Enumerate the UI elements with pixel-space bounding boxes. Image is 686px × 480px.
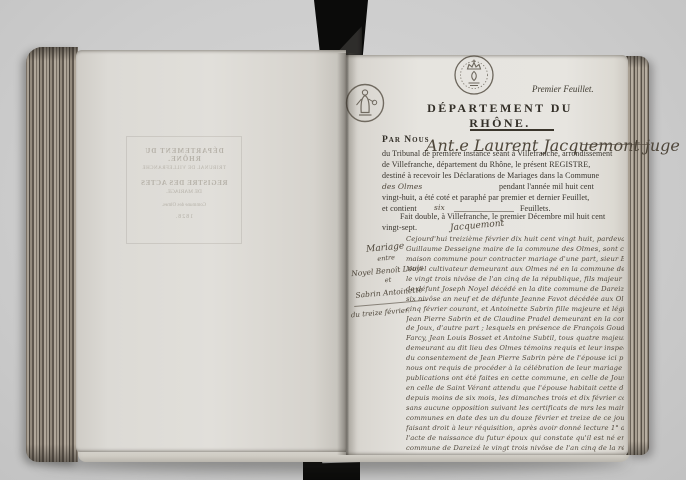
folio-count-manuscript: six bbox=[434, 203, 445, 212]
printed-line: vingt-sept. bbox=[382, 223, 417, 232]
left-fore-edge-stack bbox=[26, 47, 78, 462]
act-line: Noyel cultivateur demeurant aux Olmes né… bbox=[406, 265, 624, 275]
act-line: du consentement de Jean Pierre Sabrin pè… bbox=[406, 354, 624, 364]
blank-line-rule bbox=[582, 144, 650, 145]
page-title: DÉPARTEMENT DU RHÔNE. bbox=[394, 101, 606, 131]
show-through-line: REGISTRE DES ACTES bbox=[127, 179, 241, 187]
show-through-line: DÉPARTEMENT DU RHÔNE. bbox=[127, 147, 241, 163]
act-line: Jean Pierre Sabrin et de Claudine Pradel… bbox=[406, 315, 624, 325]
show-through-line: 1828. bbox=[127, 214, 241, 220]
par-nous-line: Par Nous Ant.e Laurent Jacquemont juge bbox=[382, 135, 622, 147]
printed-line: destiné à recevoir les Déclarations de M… bbox=[382, 171, 599, 180]
right-page: Premier Feuillet. DÉPARTEMENT DU RHÔNE. … bbox=[346, 55, 628, 455]
show-through-line: Commune des Olmes. bbox=[127, 203, 241, 208]
act-body: Cejourd'hui treizième février dix huit c… bbox=[406, 235, 624, 454]
act-line: le vingt trois nivôse de l'an cinq de la… bbox=[406, 275, 624, 285]
act-line: six nivôse an neuf et de défunte Jeanne … bbox=[406, 295, 624, 305]
commune-name-manuscript: des Olmes bbox=[382, 182, 422, 191]
act-line: sans aucune opposition suivant les certi… bbox=[406, 404, 624, 414]
gutter-shadow bbox=[337, 53, 357, 455]
par-nous-label: Par Nous bbox=[382, 135, 430, 145]
act-line: en celle de Saint Vérant attendu que l'é… bbox=[406, 384, 624, 394]
act-line: Farcy, Jean Louis Bosset et Antoine Subt… bbox=[406, 334, 624, 344]
printed-line: du Tribunal de première instance séant à… bbox=[382, 149, 612, 158]
act-line: Cejourd'hui treizième février dix huit c… bbox=[406, 235, 624, 245]
right-fore-edge-stack bbox=[626, 56, 649, 455]
act-line: cinq février courant, et Antoinette Sabr… bbox=[406, 305, 624, 315]
act-line: faisant droit à leur réquisition, après … bbox=[406, 424, 624, 434]
show-through-box: DÉPARTEMENT DU RHÔNE. TRIBUNAL DE VILLEF… bbox=[126, 136, 242, 244]
folio-note: Premier Feuillet. bbox=[532, 84, 622, 94]
closing-paragraph: Fait double, à Villefranche, le premier … bbox=[382, 212, 654, 236]
act-line: de Joux, d'autre part ; lesquels en prés… bbox=[406, 324, 624, 334]
act-line: publications ont été faites en cette com… bbox=[406, 374, 624, 384]
act-line: depuis moins de six mois, les dimanches … bbox=[406, 394, 624, 404]
printed-line: pendant l'année mil huit cent bbox=[499, 182, 594, 191]
act-line: commune de Dareizé le vingt trois nivôse… bbox=[406, 444, 624, 454]
act-line: l'acte de naissance du futur époux qui c… bbox=[406, 434, 624, 444]
act-line: demeurant au dit lieu des Olmes témoins … bbox=[406, 344, 624, 354]
printed-paragraph: du Tribunal de première instance séant à… bbox=[382, 149, 654, 217]
crown-stamp-icon bbox=[452, 53, 496, 97]
act-line: maison commune pour contracter mariage d… bbox=[406, 255, 624, 265]
left-page: DÉPARTEMENT DU RHÔNE. TRIBUNAL DE VILLEF… bbox=[76, 50, 346, 452]
title-rule bbox=[470, 129, 554, 131]
act-line: de défunt Joseph Noyel décédé en la dite… bbox=[406, 285, 624, 295]
printed-line: de Villefranche, département du Rhône, l… bbox=[382, 160, 590, 169]
scanned-register-photo: DÉPARTEMENT DU RHÔNE. TRIBUNAL DE VILLEF… bbox=[0, 0, 686, 480]
act-line: nous ont requis de procéder à la célébra… bbox=[406, 364, 624, 374]
show-through-line: TRIBUNAL DE VILLEFRANCHE bbox=[127, 166, 241, 171]
show-through-line: DE MARIAGE. bbox=[127, 189, 241, 195]
printed-line: vingt-huit, a été coté et paraphé par pr… bbox=[382, 193, 589, 202]
act-line: communes en date des un du douze février… bbox=[406, 414, 624, 424]
act-line: Guillaume Desseigne maire de la commune … bbox=[406, 245, 624, 255]
